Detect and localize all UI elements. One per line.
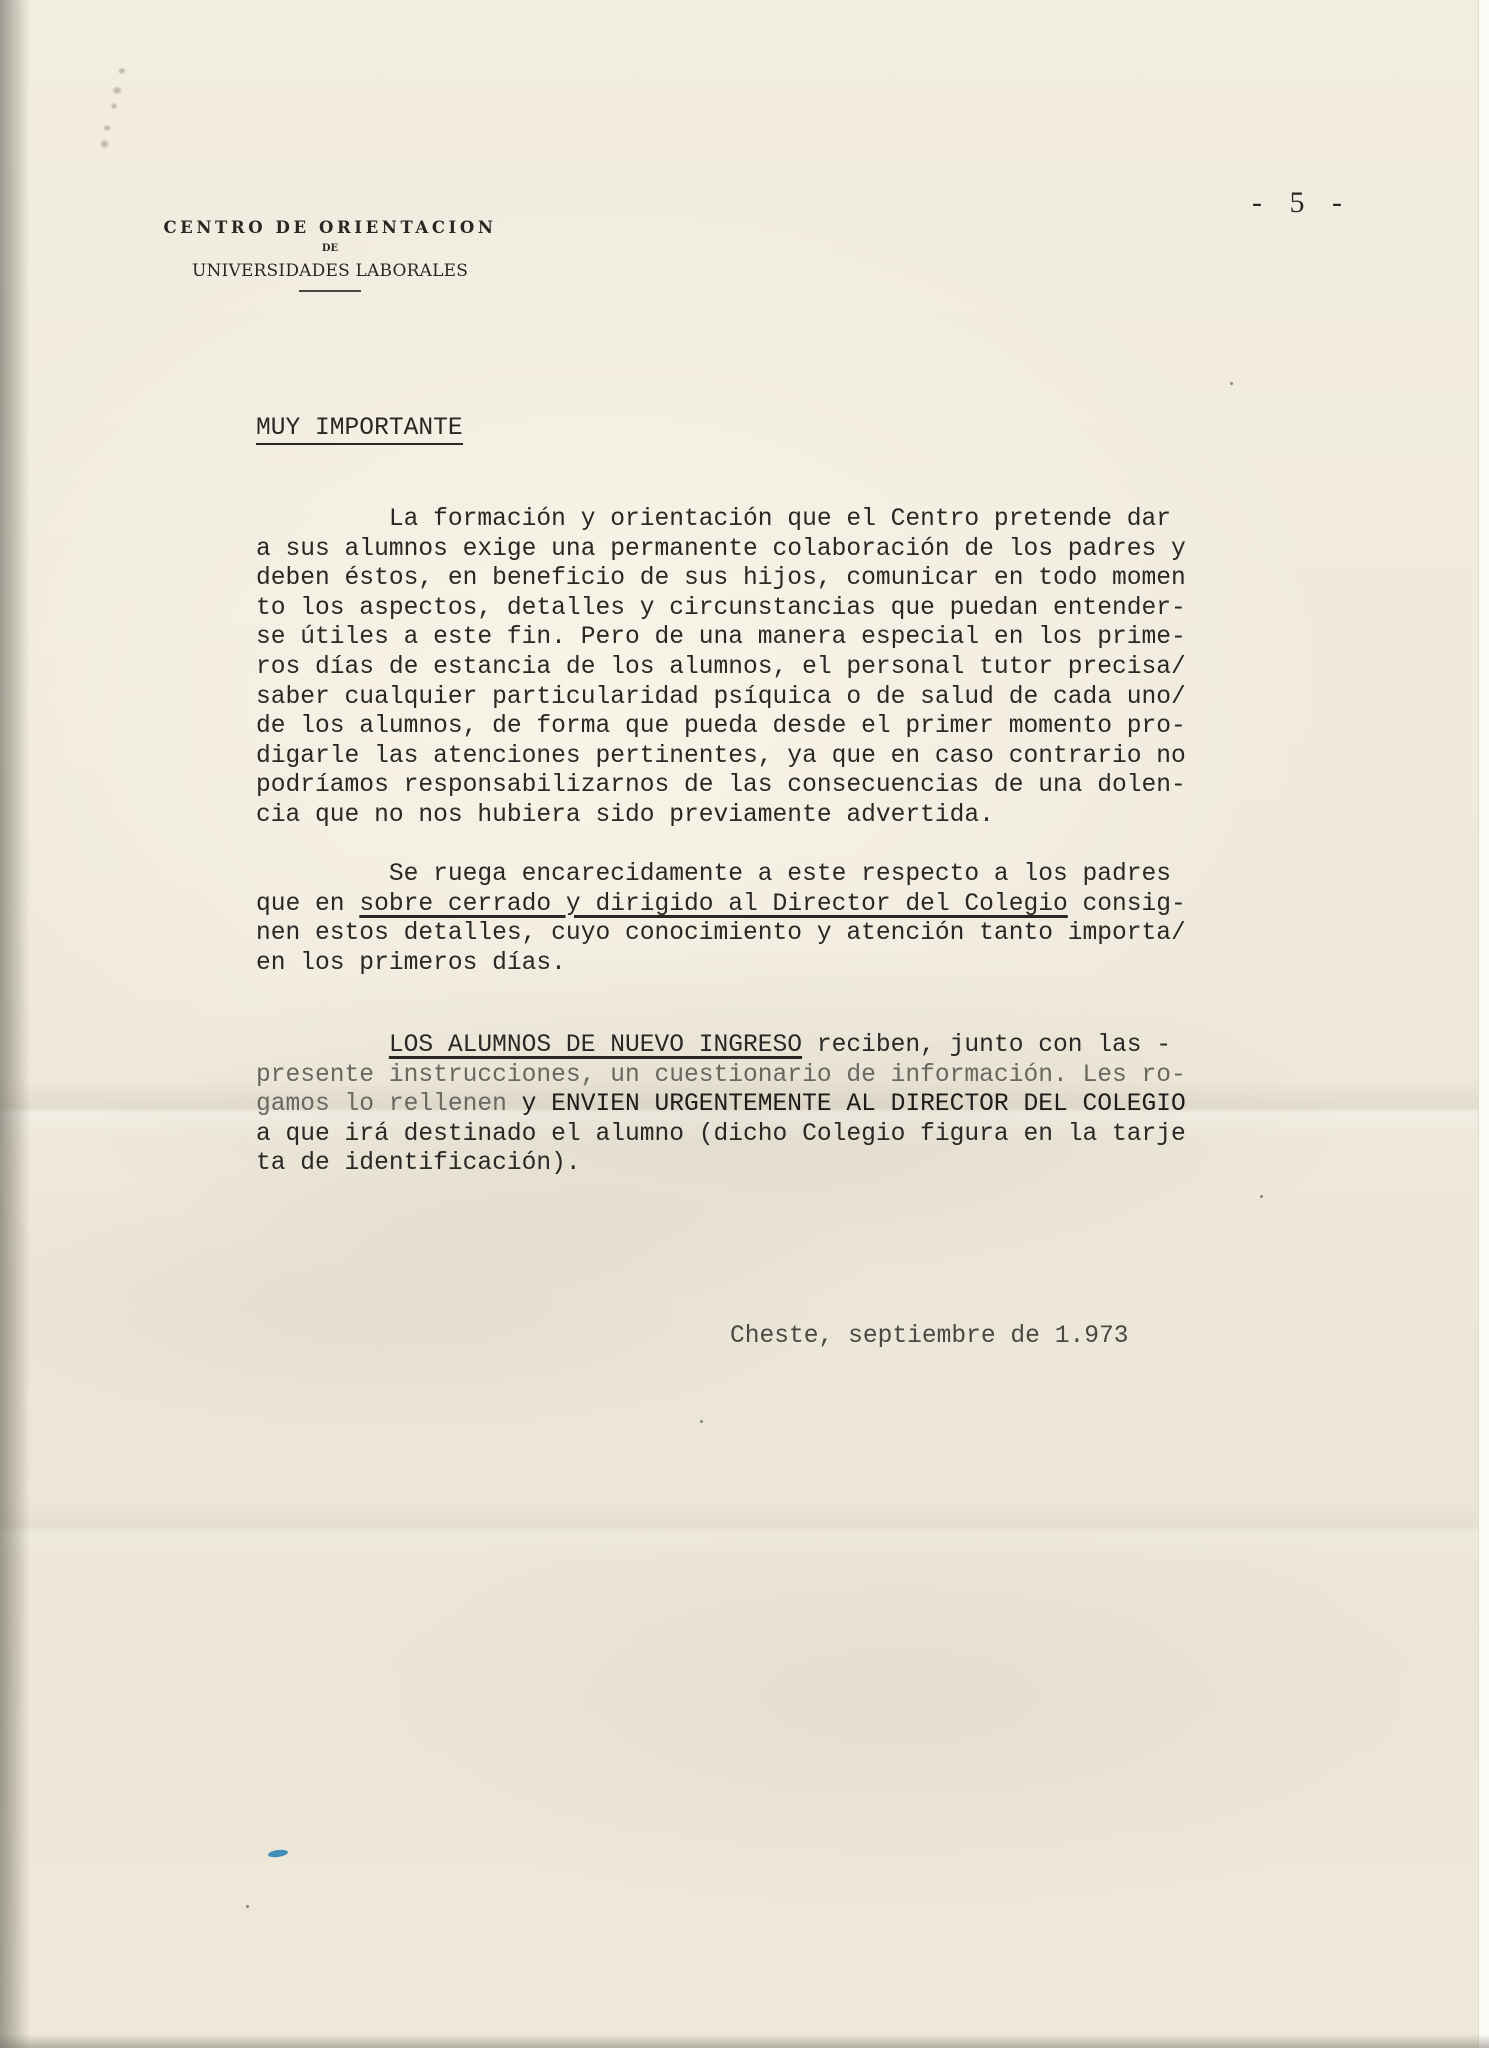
underlined-heading: LOS ALUMNOS DE NUEVO INGRESO — [389, 1032, 802, 1059]
place-date-signature: Cheste, septiembre de 1.973 — [730, 1322, 1128, 1352]
paragraph-line: saber cualquier particularidad psíquica … — [256, 683, 1186, 713]
paragraph-1: La formación y orientación que el Centro… — [256, 505, 1186, 831]
paragraph-2: Se ruega encarecidamente a este respecto… — [256, 860, 1186, 978]
letterhead: CENTRO DE ORIENTACION DE UNIVERSIDADES L… — [140, 214, 520, 292]
punch-mark — [100, 140, 109, 148]
letterhead-line2: DE — [140, 242, 520, 256]
paper-speck — [246, 1905, 249, 1908]
line-text: que en — [256, 891, 359, 918]
paragraph-line: a que irá destinado el alumno (dicho Col… — [256, 1120, 1186, 1150]
right-page-edge — [1478, 0, 1489, 2048]
bottom-edge-shadow — [0, 2034, 1489, 2048]
paragraph-line: La formación y orientación que el Centro… — [256, 505, 1186, 535]
punch-mark — [103, 125, 111, 131]
paragraph-line: de los alumnos, de forma que pueda desde… — [256, 712, 1186, 742]
letterhead-rule — [299, 290, 361, 292]
paragraph-line: cia que no nos hubiera sido previamente … — [256, 801, 1186, 831]
paragraph-line: ros días de estancia de los alumnos, el … — [256, 653, 1186, 683]
document-page: CENTRO DE ORIENTACION DE UNIVERSIDADES L… — [0, 0, 1489, 2048]
paragraph-line: Se ruega encarecidamente a este respecto… — [256, 860, 1186, 890]
section-heading: MUY IMPORTANTE — [256, 414, 463, 444]
indent — [256, 1032, 389, 1059]
punch-mark — [112, 87, 122, 94]
heading-text: MUY IMPORTANTE — [256, 415, 463, 445]
paragraph-3: LOS ALUMNOS DE NUEVO INGRESO reciben, ju… — [256, 1031, 1186, 1179]
paragraph-line: que en sobre cerrado y dirigido al Direc… — [256, 890, 1186, 920]
punch-mark — [118, 68, 126, 74]
paragraph-line: se útiles a este fin. Pero de una manera… — [256, 623, 1186, 653]
paragraph-line: digarle las atenciones pertinentes, ya q… — [256, 742, 1186, 772]
emphasized-instruction: y ENVIEN URGENTEMENTE AL DIRECTOR DEL CO… — [522, 1091, 1186, 1118]
ink-spot — [268, 1849, 289, 1859]
left-edge-shadow — [0, 0, 30, 2048]
line-text: reciben, junto con las - — [802, 1032, 1171, 1059]
paper-speck — [1230, 382, 1233, 385]
paragraph-line: ta de identificación). — [256, 1149, 1186, 1179]
paragraph-line: deben éstos, en beneficio de sus hijos, … — [256, 564, 1186, 594]
paper-speck — [1260, 1195, 1263, 1198]
underlined-instruction: sobre cerrado y dirigido al Director del… — [359, 891, 1067, 918]
punch-mark — [111, 103, 117, 109]
line-text: gamos lo rellenen — [256, 1091, 522, 1118]
paragraph-line: en los primeros días. — [256, 949, 1186, 979]
paragraph-line: gamos lo rellenen y ENVIEN URGENTEMENTE … — [256, 1090, 1186, 1120]
paper-speck — [700, 1420, 703, 1423]
paragraph-line: LOS ALUMNOS DE NUEVO INGRESO reciben, ju… — [256, 1031, 1186, 1061]
paper-fold — [0, 1500, 1489, 1560]
letterhead-line3: UNIVERSIDADES LABORALES — [140, 256, 520, 286]
paragraph-line: presente instrucciones, un cuestionario … — [256, 1061, 1186, 1091]
page-number: - 5 - — [1252, 186, 1352, 220]
line-text: consig- — [1068, 891, 1186, 918]
paragraph-line: a sus alumnos exige una permanente colab… — [256, 535, 1186, 565]
letterhead-line1: CENTRO DE ORIENTACION — [140, 214, 520, 242]
paragraph-line: to los aspectos, detalles y circunstanci… — [256, 594, 1186, 624]
paragraph-line: nen estos detalles, cuyo conocimiento y … — [256, 919, 1186, 949]
paragraph-line: podríamos responsabilizarnos de las cons… — [256, 771, 1186, 801]
